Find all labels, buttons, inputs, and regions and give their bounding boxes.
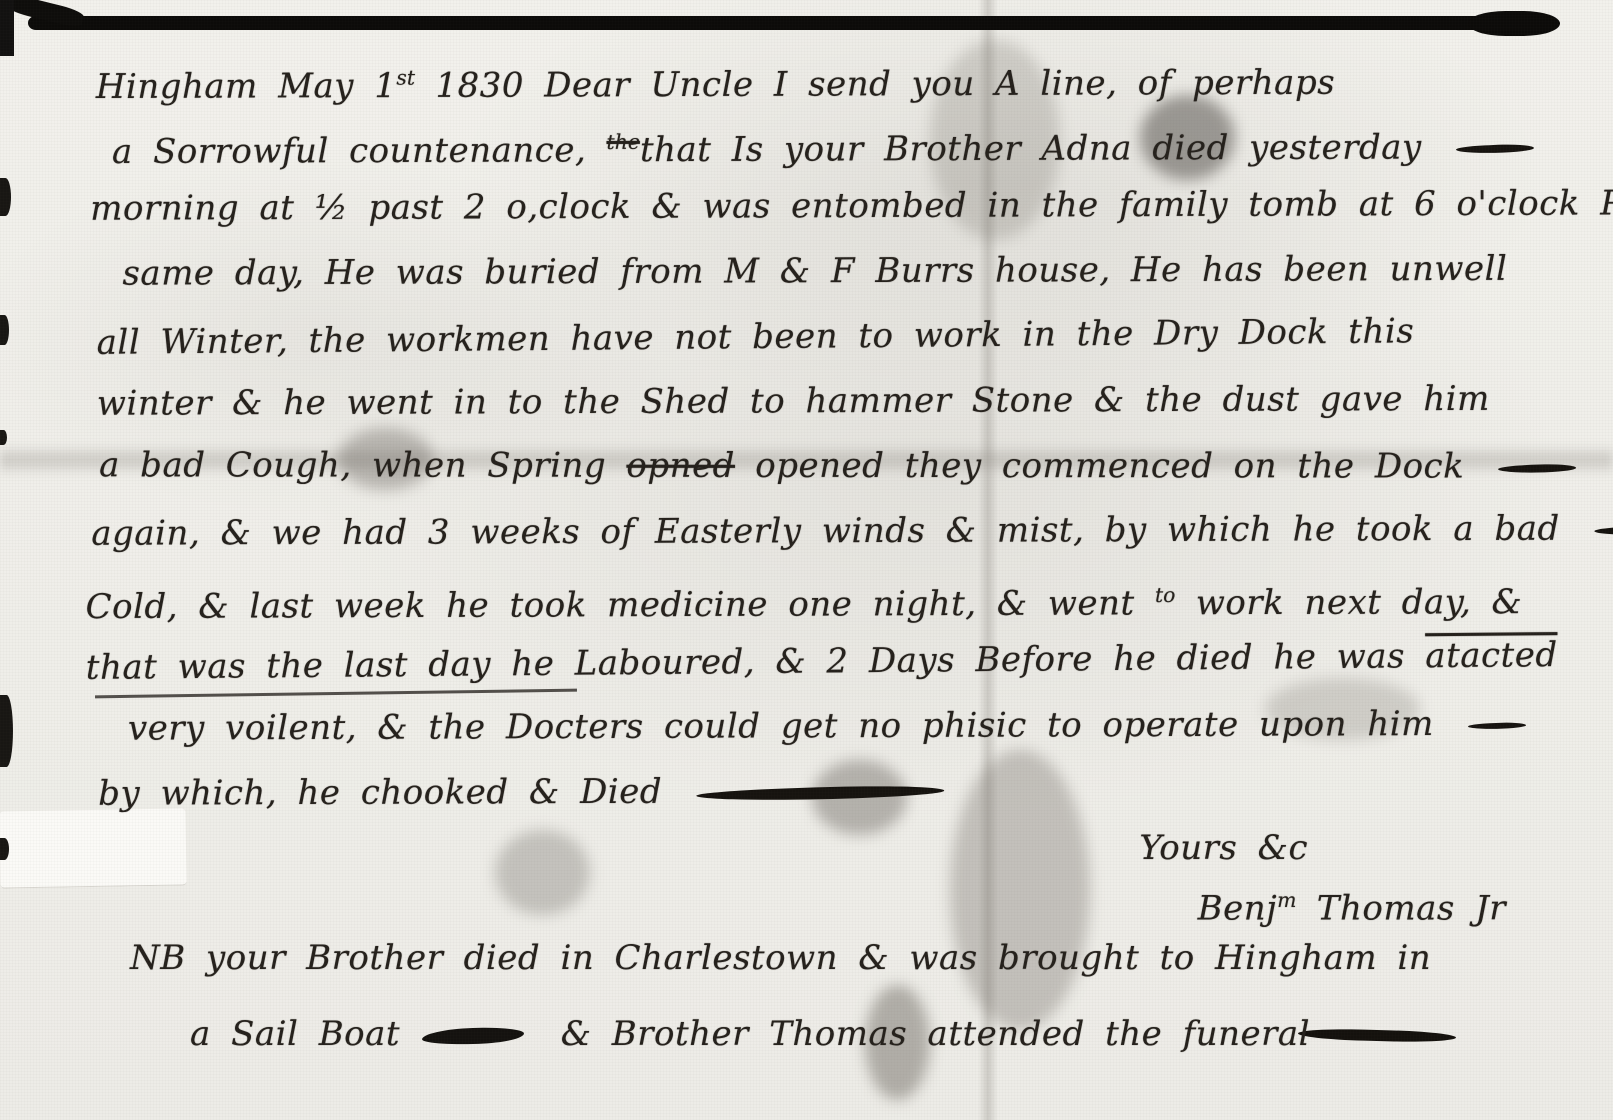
corner-ink-mark [5,0,85,29]
handwritten-line: Yours &c [1139,822,1518,874]
scan-edge-bar-blob [1468,11,1560,36]
scanned-letter-page: Hingham May 1st 1830 Dear Uncle I send y… [0,0,1613,1120]
text-segment: atacted [1425,635,1558,676]
left-edge-mark [0,430,7,445]
ink-dash [1468,722,1526,729]
ink-dash [1498,464,1576,473]
handwritten-line: same day, He was buried from M & F Burrs… [122,236,1613,306]
handwritten-line: morning at ½ past 2 o,clock & was entomb… [90,171,1613,242]
text-segment: by which, he chooked & Died [98,772,682,814]
text-segment: same day, He was buried from M & F Burrs… [122,249,1507,294]
handwritten-line: by which, he chooked & Died [98,756,1613,826]
text-segment: opened they commenced on the Dock [735,446,1485,487]
handwritten-line: Cold, & last week he took medicine one n… [85,561,1613,632]
text-segment: very voilent, & the Docters could get no… [128,704,1454,749]
text-segment: winter & he went in to the Shed to hamme… [97,379,1490,424]
text-segment: NB your Brother died in Charlestown & wa… [130,938,1431,978]
ink-blot [422,1026,524,1046]
left-edge-mark [0,315,9,345]
left-edge-mark [0,838,9,860]
scan-edge-bar [28,16,1556,30]
ink-dash [1456,144,1534,154]
ink-dash [696,785,944,802]
text-segment: st [396,66,415,90]
text-segment: to [1155,583,1176,607]
letter-body: Hingham May 1st 1830 Dear Uncle I send y… [84,41,1613,827]
text-segment: work next day, & [1175,582,1522,623]
handwritten-line: NB your Brother died in Charlestown & wa… [130,920,1431,996]
text-segment: all Winter, the workmen have not been to… [97,311,1415,362]
ink-smudge-stain [495,830,590,915]
text-segment: & Brother Thomas attended the funeral [540,1014,1310,1054]
left-edge-mark [0,695,13,767]
left-edge-strip [0,0,14,56]
handwritten-line: very voilent, & the Docters could get no… [128,691,1613,761]
handwritten-line: Benjm Thomas Jr [1139,874,1518,926]
text-segment: 1830 Dear Uncle I send you A line, of pe… [415,63,1335,106]
text-segment: a Sail Boat [190,1014,420,1054]
text-segment: a bad Cough, when Spring [99,445,626,485]
handwritten-line: a Sorrowful countenance, thethat Is your… [112,106,1613,176]
text-segment: the [606,130,639,154]
handwritten-line: Hingham May 1st 1830 Dear Uncle I send y… [96,41,1613,111]
text-segment: morning at ½ past 2 o,clock & was entomb… [90,183,1613,228]
text-segment: that Is your Brother Adna died yesterday [640,127,1442,170]
text-segment: that was the last day he Laboured, & 2 D… [86,636,1426,688]
handwritten-line: all Winter, the workmen have not been to… [96,297,1613,376]
text-segment: opned [626,446,735,486]
letter-postscript: NB your Brother died in Charlestown & wa… [130,920,1431,1072]
text-segment: m [1277,888,1296,912]
handwritten-line: a Sail Boat & Brother Thomas attended th… [190,996,1431,1072]
text-segment: Cold, & last week he took medicine one n… [86,583,1156,627]
handwritten-line: a bad Cough, when Spring opned opened th… [99,433,1613,499]
text-segment: Hingham May 1 [96,66,397,107]
letter-closing: Yours &cBenjm Thomas Jr [1139,822,1518,926]
text-segment: Yours &c [1139,828,1308,868]
left-edge-mark [0,178,11,216]
handwritten-line: that was the last day he Laboured, & 2 D… [86,622,1613,701]
handwritten-line: again, & we had 3 weeks of Easterly wind… [91,496,1613,567]
text-segment: a Sorrowful countenance, [112,130,607,172]
handwritten-line: winter & he went in to the Shed to hamme… [97,366,1613,436]
ink-dash [1594,526,1613,536]
text-segment: again, & we had 3 weeks of Easterly wind… [91,509,1580,554]
